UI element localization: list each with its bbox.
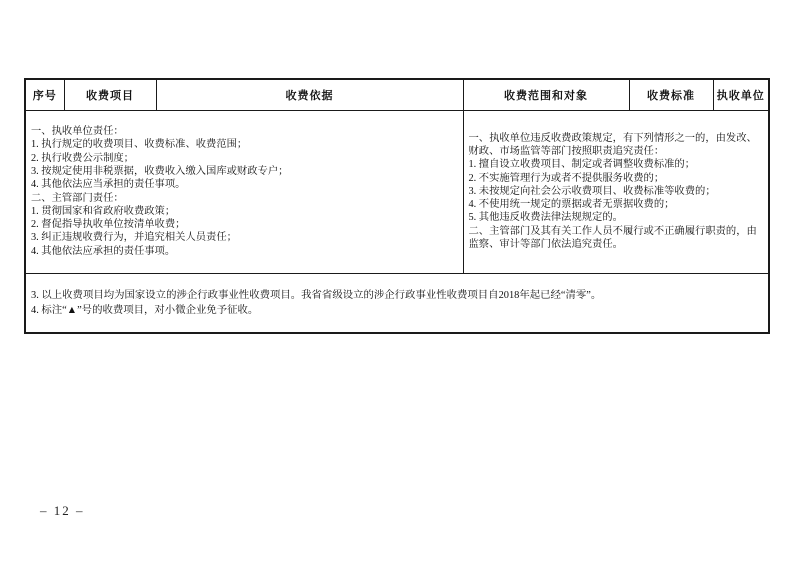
col-header-fee-basis: 收费依据 [156,79,463,110]
col-header-fee-item: 收费项目 [64,79,156,110]
col-header-fee-standard: 收费标准 [629,79,713,110]
responsibility-row: 一、执收单位责任： 1. 执行规定的收费项目、收费标准、收费范围； 2. 执行收… [25,110,769,273]
notes-row: 3. 以上收费项目均为国家设立的涉企行政事业性收费项目。我省省级设立的涉企行政事… [25,273,769,333]
col-header-index: 序号 [25,79,64,110]
document-page: 序号 收费项目 收费依据 收费范围和对象 收费标准 执收单位 一、执收单位责任：… [0,0,800,566]
header-row: 序号 收费项目 收费依据 收费范围和对象 收费标准 执收单位 [25,79,769,110]
violation-liability-cell: 一、执收单位违反收费政策规定，有下列情形之一的，由发改、财政、市场监管等部门按照… [463,110,769,273]
unit-duties-cell: 一、执收单位责任： 1. 执行规定的收费项目、收费标准、收费范围； 2. 执行收… [25,110,463,273]
page-number: – 12 – [40,503,85,519]
col-header-collecting-unit: 执收单位 [713,79,769,110]
fee-schedule-table: 序号 收费项目 收费依据 收费范围和对象 收费标准 执收单位 一、执收单位责任：… [24,78,770,334]
col-header-fee-scope-and-target: 收费范围和对象 [463,79,629,110]
notes-cell: 3. 以上收费项目均为国家设立的涉企行政事业性收费项目。我省省级设立的涉企行政事… [25,273,769,333]
